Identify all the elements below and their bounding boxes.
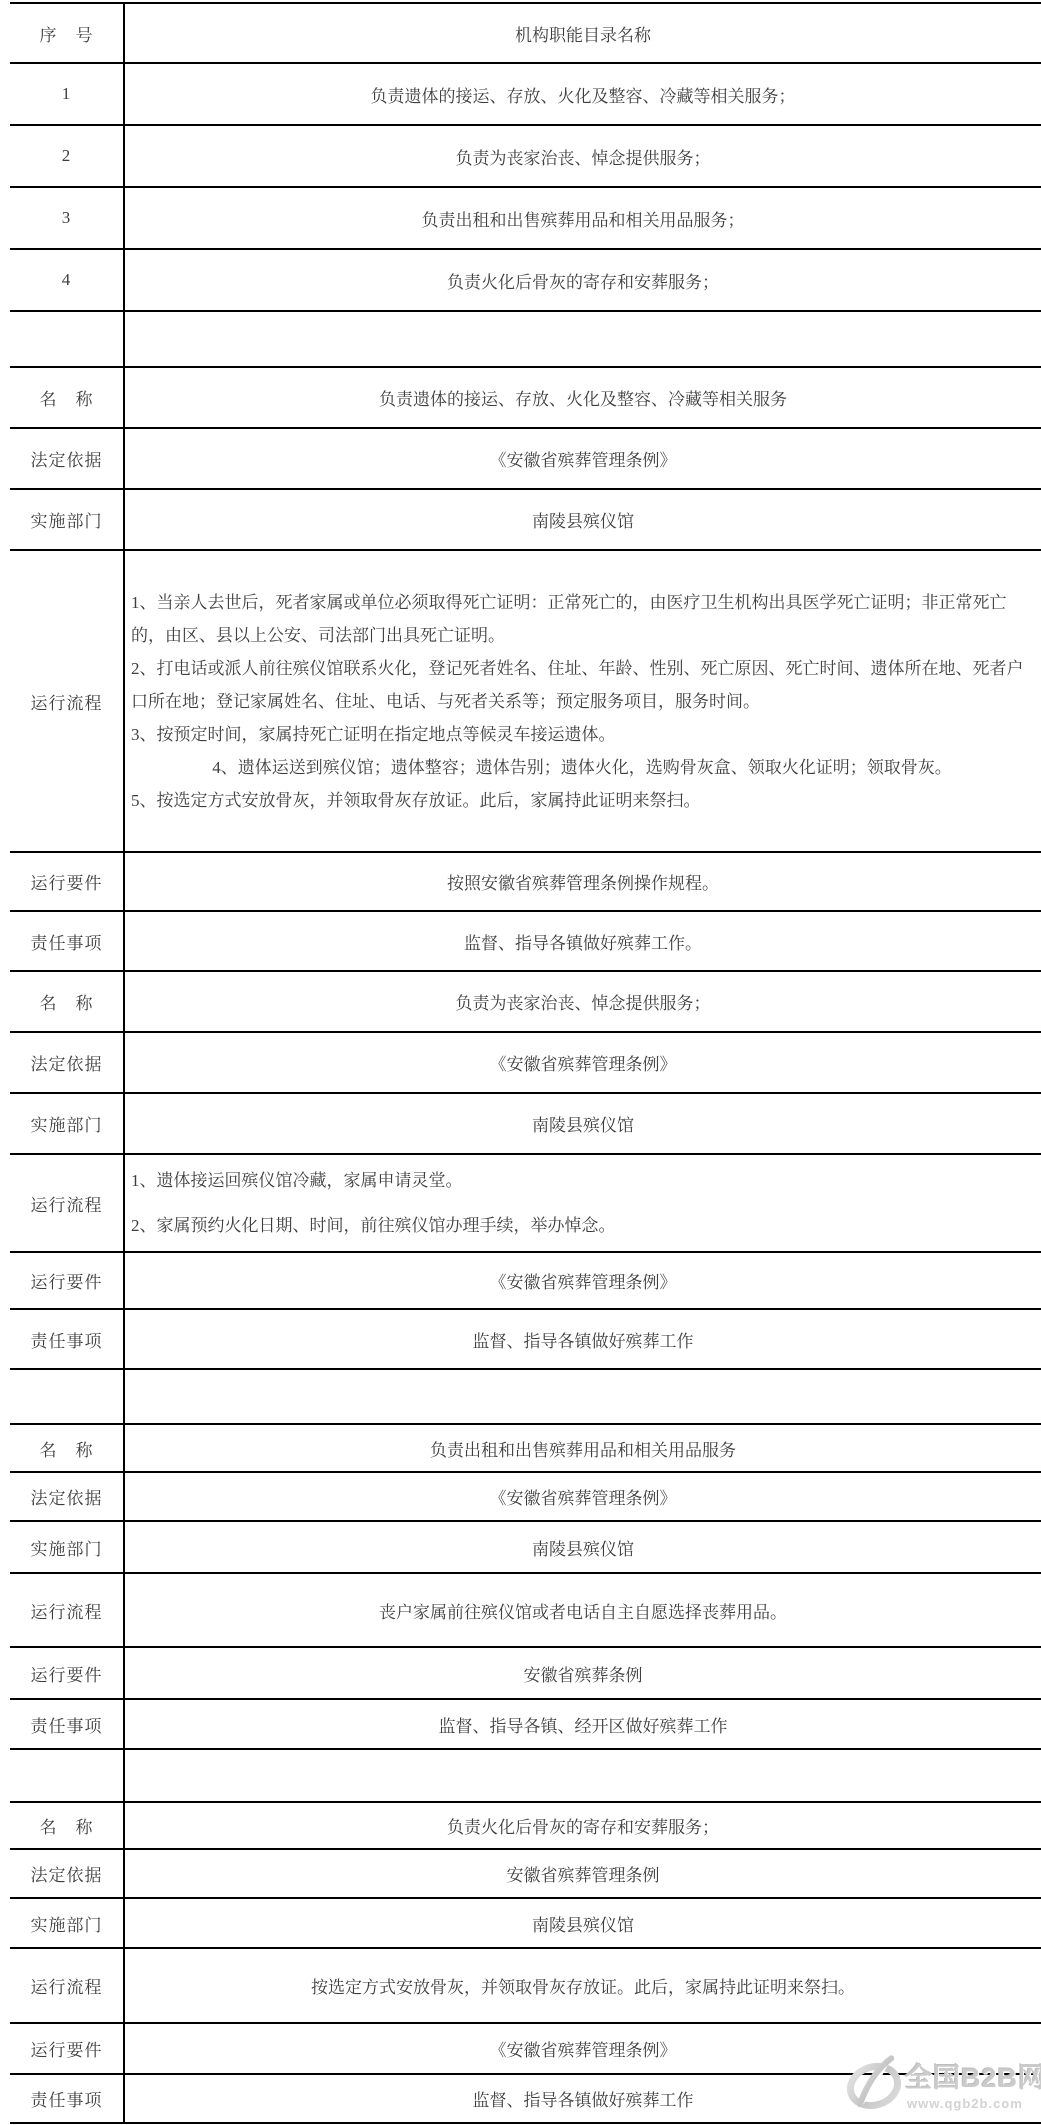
process-step: 2、打电话或派人前往殡仪馆联系火化，登记死者姓名、住址、年龄、性别、死亡原因、死…: [131, 652, 1033, 718]
row-value: 《安徽省殡葬管理条例》: [490, 446, 677, 471]
row-value: 负责遗体的接运、存放、火化及整容、冷藏等相关服务；: [371, 82, 796, 107]
row-label-cell: 实施部门: [10, 1899, 125, 1947]
row-index: 1: [62, 84, 72, 104]
row-value: 南陵县殡仪馆: [532, 1535, 634, 1560]
row-value-cell: 安徽省殡葬管理条例: [125, 1850, 1041, 1897]
row-label: 实施部门: [31, 1911, 103, 1936]
row-label: 运行要件: [31, 2036, 103, 2061]
row-label: 名 称: [40, 1813, 94, 1838]
header-title-label: 机构职能目录名称: [515, 21, 651, 46]
row-value-cell: [125, 1370, 1041, 1423]
table-row: 法定依据 《安徽省殡葬管理条例》: [10, 429, 1041, 490]
header-index-label: 序 号: [40, 21, 94, 46]
table-row: 责任事项 监督、指导各镇做好殡葬工作: [10, 1310, 1041, 1370]
row-value-cell: 《安徽省殡葬管理条例》: [125, 2024, 1041, 2073]
table-row: 实施部门 南陵县殡仪馆: [10, 490, 1041, 551]
row-label-cell: 3: [10, 188, 125, 248]
process-step: 2、家属预约火化日期、时间，前往殡仪馆办理手续，举办悼念。: [131, 1209, 1033, 1242]
row-value-cell: 南陵县殡仪馆: [125, 1094, 1041, 1153]
row-label: 运行流程: [31, 1598, 103, 1623]
row-value: 监督、指导各镇、经开区做好殡葬工作: [439, 1712, 728, 1737]
table-row: 实施部门 南陵县殡仪馆: [10, 1094, 1041, 1155]
row-value: 负责火化后骨灰的寄存和安葬服务；: [447, 1813, 719, 1838]
row-value-cell: 丧户家属前往殡仪馆或者电话自主自愿选择丧葬用品。: [125, 1574, 1041, 1646]
table-row: 运行要件 《安徽省殡葬管理条例》: [10, 1253, 1041, 1310]
row-label-cell: 运行流程: [10, 551, 125, 851]
header-value-cell: 机构职能目录名称: [125, 4, 1041, 62]
row-label-cell: 运行流程: [10, 1155, 125, 1251]
row-value-cell: 《安徽省殡葬管理条例》: [125, 1253, 1041, 1308]
row-label: 法定依据: [31, 1861, 103, 1886]
row-label: 运行流程: [31, 1973, 103, 1998]
row-label-cell: 法定依据: [10, 429, 125, 488]
table-row: 2 负责为丧家治丧、悼念提供服务；: [10, 126, 1041, 188]
row-value-cell: 负责遗体的接运、存放、火化及整容、冷藏等相关服务: [125, 368, 1041, 427]
row-label: 运行流程: [31, 689, 103, 714]
row-value-cell: 负责遗体的接运、存放、火化及整容、冷藏等相关服务；: [125, 64, 1041, 124]
row-value: 按照安徽省殡葬管理条例操作规程。: [447, 869, 719, 894]
table-row: 责任事项 监督、指导各镇、经开区做好殡葬工作: [10, 1700, 1041, 1750]
process-step: 5、按选定方式安放骨灰，并领取骨灰存放证。此后，家属持此证明来祭扫。: [131, 784, 1033, 817]
table-row: 运行要件 《安徽省殡葬管理条例》: [10, 2024, 1041, 2075]
row-value: 安徽省殡葬条例: [524, 1661, 643, 1686]
row-label-cell: 责任事项: [10, 2075, 125, 2122]
table-row: 法定依据 《安徽省殡葬管理条例》: [10, 1473, 1041, 1522]
table-row: 3 负责出租和出售殡葬用品和相关用品服务；: [10, 188, 1041, 250]
row-value-cell: 1、当亲人去世后，死者家属或单位必须取得死亡证明：正常死亡的，由医疗卫生机构出具…: [125, 551, 1041, 851]
row-index: 2: [62, 146, 72, 166]
row-label: 运行流程: [31, 1191, 103, 1216]
table-row: 1 负责遗体的接运、存放、火化及整容、冷藏等相关服务；: [10, 64, 1041, 126]
row-value-cell: 南陵县殡仪馆: [125, 490, 1041, 549]
table-row: 实施部门 南陵县殡仪馆: [10, 1522, 1041, 1574]
row-value: 安徽省殡葬管理条例: [507, 1861, 660, 1886]
header-label-cell: 序 号: [10, 4, 125, 62]
row-value: 南陵县殡仪馆: [532, 1911, 634, 1936]
row-label-cell: 名 称: [10, 1803, 125, 1848]
row-value-cell: 按选定方式安放骨灰，并领取骨灰存放证。此后，家属持此证明来祭扫。: [125, 1949, 1041, 2022]
row-label: 名 称: [40, 385, 94, 410]
row-value: 负责为丧家治丧、悼念提供服务；: [456, 144, 711, 169]
table-row: 运行流程 按选定方式安放骨灰，并领取骨灰存放证。此后，家属持此证明来祭扫。: [10, 1949, 1041, 2024]
table-row: 名 称 负责遗体的接运、存放、火化及整容、冷藏等相关服务: [10, 368, 1041, 429]
row-value-cell: 《安徽省殡葬管理条例》: [125, 1473, 1041, 1520]
row-label: 运行要件: [31, 1268, 103, 1293]
table-empty-row: [10, 1370, 1041, 1425]
table-row: 责任事项 监督、指导各镇做好殡葬工作。: [10, 912, 1041, 972]
row-label: 责任事项: [31, 929, 103, 954]
row-value-cell: 按照安徽省殡葬管理条例操作规程。: [125, 853, 1041, 910]
row-value: 监督、指导各镇做好殡葬工作。: [464, 929, 702, 954]
table-row: 4 负责火化后骨灰的寄存和安葬服务；: [10, 250, 1041, 312]
row-value: 负责遗体的接运、存放、火化及整容、冷藏等相关服务: [379, 385, 787, 410]
row-label: 责任事项: [31, 1327, 103, 1352]
row-value-cell: 1、遗体接运回殡仪馆冷藏，家属申请灵堂。 2、家属预约火化日期、时间，前往殡仪馆…: [125, 1155, 1041, 1251]
process-step: 4、遗体运送到殡仪馆；遗体整容；遗体告别；遗体火化，选购骨灰盒、领取火化证明；领…: [131, 751, 1033, 784]
row-label: 运行要件: [31, 1661, 103, 1686]
table-row: 名 称 负责为丧家治丧、悼念提供服务；: [10, 972, 1041, 1033]
row-value: 负责为丧家治丧、悼念提供服务；: [456, 989, 711, 1014]
row-label: 法定依据: [31, 1484, 103, 1509]
table-row: 名 称 负责火化后骨灰的寄存和安葬服务；: [10, 1803, 1041, 1850]
row-label-cell: 运行要件: [10, 1253, 125, 1308]
row-label-cell: 4: [10, 250, 125, 310]
row-value: 负责火化后骨灰的寄存和安葬服务；: [447, 268, 719, 293]
row-value: 负责出租和出售殡葬用品和相关用品服务；: [422, 206, 745, 231]
table-row: 运行要件 按照安徽省殡葬管理条例操作规程。: [10, 853, 1041, 912]
row-label-cell: 责任事项: [10, 1700, 125, 1748]
row-value-cell: 《安徽省殡葬管理条例》: [125, 429, 1041, 488]
row-value: 负责出租和出售殡葬用品和相关用品服务: [430, 1436, 736, 1461]
table-row: 法定依据 《安徽省殡葬管理条例》: [10, 1033, 1041, 1094]
row-label-cell: 名 称: [10, 972, 125, 1031]
row-value: 南陵县殡仪馆: [532, 1111, 634, 1136]
row-label: 实施部门: [31, 1535, 103, 1560]
row-value: 《安徽省殡葬管理条例》: [490, 1268, 677, 1293]
row-label: 运行要件: [31, 869, 103, 894]
row-value-cell: 负责出租和出售殡葬用品和相关用品服务: [125, 1425, 1041, 1471]
row-value-cell: 监督、指导各镇做好殡葬工作。: [125, 912, 1041, 970]
row-label-cell: 实施部门: [10, 490, 125, 549]
row-label: 名 称: [40, 989, 94, 1014]
row-label-cell: [10, 1370, 125, 1423]
table-row: 运行流程 1、遗体接运回殡仪馆冷藏，家属申请灵堂。 2、家属预约火化日期、时间，…: [10, 1155, 1041, 1253]
row-label: 法定依据: [31, 1050, 103, 1075]
row-value-cell: 监督、指导各镇做好殡葬工作: [125, 2075, 1041, 2122]
row-value: 监督、指导各镇做好殡葬工作: [473, 1327, 694, 1352]
row-value-cell: 负责火化后骨灰的寄存和安葬服务；: [125, 250, 1041, 310]
row-label-cell: 运行流程: [10, 1574, 125, 1646]
row-index: 4: [62, 270, 72, 290]
row-label-cell: 实施部门: [10, 1094, 125, 1153]
row-value: 《安徽省殡葬管理条例》: [490, 1050, 677, 1075]
table-row: 运行要件 安徽省殡葬条例: [10, 1648, 1041, 1700]
row-value-cell: [125, 1750, 1041, 1801]
row-label-cell: 运行要件: [10, 1648, 125, 1698]
row-label: 责任事项: [31, 2086, 103, 2111]
table-empty-row: [10, 312, 1041, 368]
row-value: 《安徽省殡葬管理条例》: [490, 2036, 677, 2061]
row-value-cell: 负责出租和出售殡葬用品和相关用品服务；: [125, 188, 1041, 248]
row-label-cell: 责任事项: [10, 1310, 125, 1368]
row-label-cell: 运行流程: [10, 1949, 125, 2022]
row-label-cell: 2: [10, 126, 125, 186]
row-value-cell: 南陵县殡仪馆: [125, 1899, 1041, 1947]
row-label-cell: 实施部门: [10, 1522, 125, 1572]
table-row: 责任事项 监督、指导各镇做好殡葬工作: [10, 2075, 1041, 2124]
table-row: 运行流程 1、当亲人去世后，死者家属或单位必须取得死亡证明：正常死亡的，由医疗卫…: [10, 551, 1041, 853]
row-label-cell: 法定依据: [10, 1473, 125, 1520]
table-header-row: 序 号 机构职能目录名称: [10, 4, 1041, 64]
row-label-cell: 名 称: [10, 368, 125, 427]
row-value-cell: 负责火化后骨灰的寄存和安葬服务；: [125, 1803, 1041, 1848]
row-label-cell: 运行要件: [10, 2024, 125, 2073]
table-row: 名 称 负责出租和出售殡葬用品和相关用品服务: [10, 1425, 1041, 1473]
row-label-cell: [10, 1750, 125, 1801]
row-label: 实施部门: [31, 1111, 103, 1136]
row-label-cell: 责任事项: [10, 912, 125, 970]
row-label-cell: [10, 312, 125, 366]
row-value-cell: 监督、指导各镇、经开区做好殡葬工作: [125, 1700, 1041, 1748]
functions-directory-table: 序 号 机构职能目录名称 1 负责遗体的接运、存放、火化及整容、冷藏等相关服务；…: [10, 2, 1041, 2124]
process-step: 1、当亲人去世后，死者家属或单位必须取得死亡证明：正常死亡的，由医疗卫生机构出具…: [131, 586, 1033, 652]
row-label-cell: 1: [10, 64, 125, 124]
row-value-cell: 负责为丧家治丧、悼念提供服务；: [125, 972, 1041, 1031]
row-index: 3: [62, 208, 72, 228]
table-row: 运行流程 丧户家属前往殡仪馆或者电话自主自愿选择丧葬用品。: [10, 1574, 1041, 1648]
row-value-cell: [125, 312, 1041, 366]
row-value: 丧户家属前往殡仪馆或者电话自主自愿选择丧葬用品。: [379, 1598, 787, 1623]
row-value: 《安徽省殡葬管理条例》: [490, 1484, 677, 1509]
row-label-cell: 名 称: [10, 1425, 125, 1471]
row-label-cell: 法定依据: [10, 1033, 125, 1092]
row-label: 实施部门: [31, 507, 103, 532]
row-value-cell: 安徽省殡葬条例: [125, 1648, 1041, 1698]
row-value: 监督、指导各镇做好殡葬工作: [473, 2086, 694, 2111]
row-label: 责任事项: [31, 1712, 103, 1737]
row-value-cell: 南陵县殡仪馆: [125, 1522, 1041, 1572]
row-label: 法定依据: [31, 446, 103, 471]
table-row: 法定依据 安徽省殡葬管理条例: [10, 1850, 1041, 1899]
table-empty-row: [10, 1750, 1041, 1803]
row-value-cell: 《安徽省殡葬管理条例》: [125, 1033, 1041, 1092]
row-label-cell: 法定依据: [10, 1850, 125, 1897]
process-step: 3、按预定时间，家属持死亡证明在指定地点等候灵车接运遗体。: [131, 718, 1033, 751]
row-value: 南陵县殡仪馆: [532, 507, 634, 532]
row-value: 按选定方式安放骨灰，并领取骨灰存放证。此后，家属持此证明来祭扫。: [311, 1973, 855, 1998]
row-label-cell: 运行要件: [10, 853, 125, 910]
row-value-cell: 负责为丧家治丧、悼念提供服务；: [125, 126, 1041, 186]
table-row: 实施部门 南陵县殡仪馆: [10, 1899, 1041, 1949]
process-step: 1、遗体接运回殡仪馆冷藏，家属申请灵堂。: [131, 1164, 1033, 1197]
row-value-cell: 监督、指导各镇做好殡葬工作: [125, 1310, 1041, 1368]
row-label: 名 称: [40, 1436, 94, 1461]
